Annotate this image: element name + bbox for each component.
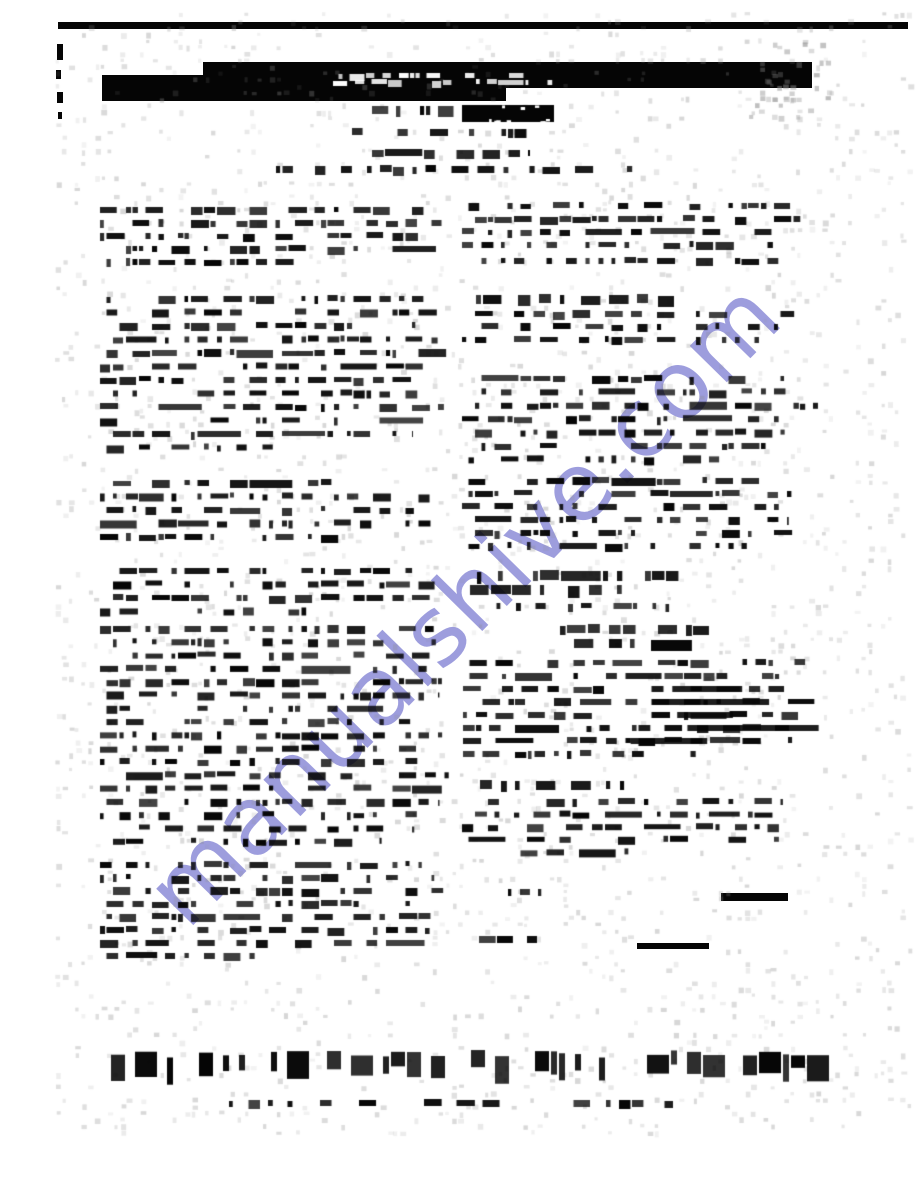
binding-mark-4 xyxy=(58,112,62,119)
watermark-text: manualshive.com xyxy=(125,261,802,948)
header-bar-left xyxy=(102,75,506,101)
binding-mark-2 xyxy=(56,70,61,79)
signature-line-1 xyxy=(721,893,788,901)
right-text-column xyxy=(458,200,820,960)
scan-noise-layer xyxy=(0,0,918,1188)
signature-line-2 xyxy=(637,943,709,949)
binding-mark-1 xyxy=(57,44,63,60)
footer-imprint-area xyxy=(100,1045,815,1120)
document-heading-area xyxy=(260,100,650,185)
left-text-column xyxy=(95,200,455,990)
top-rule xyxy=(58,22,908,29)
binding-mark-3 xyxy=(57,92,63,103)
scanned-document-page: manualshive.com xyxy=(0,0,918,1188)
